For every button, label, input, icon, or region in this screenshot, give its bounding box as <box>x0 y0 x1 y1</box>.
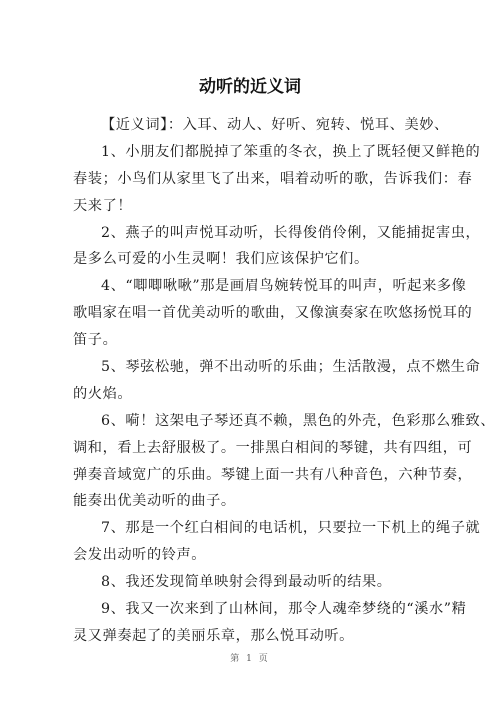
synonyms-line: 【近义词】：入耳、动人、好听、宛转、悦耳、美妙、 <box>73 112 433 139</box>
paragraph-line: 的火焰。 <box>73 381 433 408</box>
document-body: 【近义词】：入耳、动人、好听、宛转、悦耳、美妙、 1、小朋友们都脱掉了笨重的冬衣… <box>73 112 433 650</box>
paragraph-line: 7、那是一个红白相间的电话机，只要拉一下机上的绳子就 <box>73 515 433 542</box>
paragraph-line: 会发出动听的铃声。 <box>73 542 433 569</box>
paragraph-line: 是多么可爱的小生灵啊！我们应该保护它们。 <box>73 246 433 273</box>
paragraph-line: 灵又弹奏起了的美丽乐章，那么悦耳动听。 <box>73 623 433 650</box>
paragraph-line: 5、琴弦松驰，弹不出动听的乐曲；生活散漫，点不燃生命 <box>73 354 433 381</box>
page-number: 第 1 页 <box>0 651 500 664</box>
paragraph-line: 春装；小鸟们从家里飞了出来，唱着动听的歌，告诉我们：春 <box>73 166 433 193</box>
paragraph-line: 8、我还发现简单映射会得到最动听的结果。 <box>73 569 433 596</box>
paragraph-line: 天来了！ <box>73 193 433 220</box>
paragraph-line: 1、小朋友们都脱掉了笨重的冬衣，换上了既轻便又鲜艳的 <box>73 139 433 166</box>
paragraph-line: 9、我又一次来到了山林间，那令人魂牵梦绕的“溪水”精 <box>73 596 433 623</box>
document-title: 动听的近义词 <box>0 72 500 97</box>
paragraph-line: 笛子。 <box>73 327 433 354</box>
paragraph-line: 歌唱家在唱一首优美动听的歌曲，又像演奏家在吹悠扬悦耳的 <box>73 300 433 327</box>
paragraph-line: 2、燕子的叫声悦耳动听，长得俊俏伶俐，又能捕捉害虫， <box>73 220 433 247</box>
paragraph-line: 调和，看上去舒服极了。一排黑白相间的琴键，共有四组，可 <box>73 435 433 462</box>
paragraph-line: 4、“唧唧啾啾”那是画眉鸟婉转悦耳的叫声，听起来多像 <box>73 273 433 300</box>
paragraph-line: 6、嗬！这架电子琴还真不赖，黑色的外壳，色彩那么雅致、 <box>73 408 433 435</box>
paragraph-line: 弹奏音域宽广的乐曲。琴键上面一共有八种音色，六种节奏， <box>73 462 433 489</box>
paragraph-line: 能奏出优美动听的曲子。 <box>73 488 433 515</box>
